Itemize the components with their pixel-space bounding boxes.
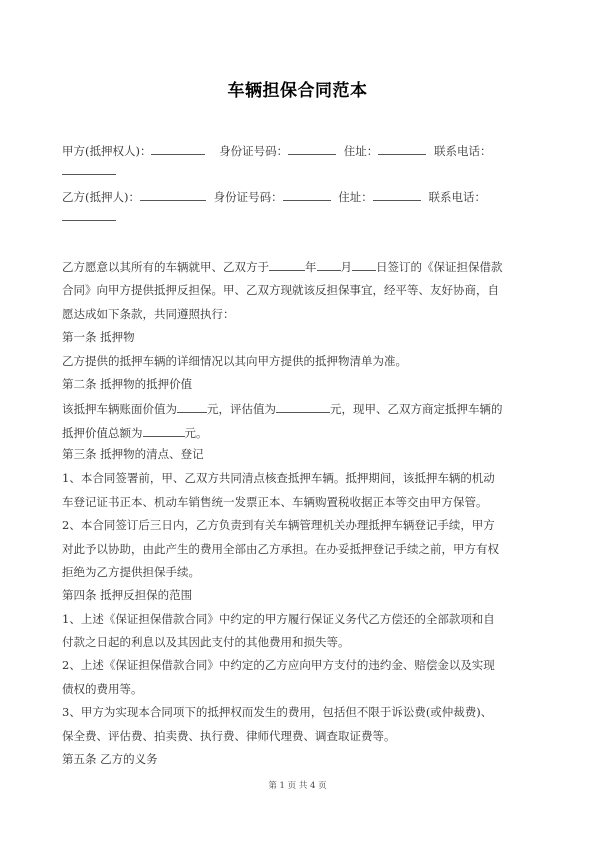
article-2-line-2: 抵押价值总额为元。 xyxy=(62,424,208,441)
party-b-address-blank xyxy=(373,188,421,201)
yuan-label: 元。 xyxy=(185,426,208,440)
party-b-label: 乙方(抵押人)： xyxy=(62,190,140,204)
article-5-title: 第五条 乙方的义务 xyxy=(62,751,158,767)
appraised-value-blank xyxy=(276,400,330,413)
agreed-value-text: 元，现甲、乙双方商定抵押车辆的 xyxy=(330,402,503,416)
month-label: 月 xyxy=(341,260,353,274)
day-blank xyxy=(352,258,376,271)
party-b-phone-label: 联系电话： xyxy=(428,190,486,204)
intro-line-3: 愿达成如下条款，共同遵照执行： xyxy=(62,306,235,322)
party-a-label: 甲方(抵押权人)： xyxy=(62,144,151,158)
party-a-phone-label: 联系电话： xyxy=(434,144,492,158)
party-b-id-blank xyxy=(283,188,331,201)
month-blank xyxy=(317,258,341,271)
party-a-name-blank xyxy=(151,142,205,155)
party-b-name-blank xyxy=(140,188,206,201)
party-b-phone-line xyxy=(62,208,116,225)
year-blank xyxy=(269,258,305,271)
party-a-address-label: 住址： xyxy=(344,144,379,158)
party-b-line: 乙方(抵押人)： 身份证号码： 住址： 联系电话： xyxy=(62,188,486,205)
article-1-line-1: 乙方提供的抵押车辆的详细情况以其向甲方提供的抵押物清单为准。 xyxy=(62,353,407,369)
article-3-line-5: 拒绝为乙方提供担保手续。 xyxy=(62,564,200,580)
party-a-address-blank xyxy=(378,142,426,155)
book-value-blank xyxy=(177,400,207,413)
article-4-line-2: 付款之日起的利息以及其因此支付的其他费用和损失等。 xyxy=(62,634,350,650)
intro-line-2: 合同》向甲方提供抵押反担保。甲、乙双方现就该反担保事宜，经平等、友好协商，自 xyxy=(62,282,499,298)
article-4-line-5: 3、甲方为实现本合同项下的抵押权而发生的费用，包括但不限于诉讼费(或仲裁费)、 xyxy=(62,704,492,720)
party-a-phone-blank xyxy=(62,162,116,175)
party-a-line: 甲方(抵押权人)： 身份证号码： 住址： 联系电话： xyxy=(62,142,491,159)
party-b-address-label: 住址： xyxy=(338,190,373,204)
party-a-phone-line xyxy=(62,162,116,179)
article-3-line-1: 1、本合同签署前，甲、乙双方共同清点核查抵押车辆。抵押期间，该抵押车辆的机动 xyxy=(62,470,495,486)
article-4-line-1: 1、上述《保证担保借款合同》中约定的甲方履行保证义务代乙方偿还的全部款项和自 xyxy=(62,611,495,627)
appraised-value-label: 元，评估值为 xyxy=(207,402,276,416)
article-3-line-3: 2、本合同签订后三日内，乙方负责到有关车辆管理机关办理抵押车辆登记手续，甲方 xyxy=(62,517,495,533)
document-page: 车辆担保合同范本 甲方(抵押权人)： 身份证号码： 住址： 联系电话： 乙方(抵… xyxy=(0,0,595,841)
article-4-line-3: 2、上述《保证担保借款合同》中约定的乙方应向甲方支付的违约金、赔偿金以及实现 xyxy=(62,657,495,673)
article-2-title: 第二条 抵押物的抵押价值 xyxy=(62,376,192,392)
intro-line-1: 乙方愿意以其所有的车辆就甲、乙双方于年月日签订的《保证担保借款 xyxy=(62,258,503,275)
intro-text-2: 日签订的《保证担保借款 xyxy=(376,260,503,274)
book-value-label: 该抵押车辆账面价值为 xyxy=(62,402,177,416)
article-3-line-2: 车登记证书正本、机动车销售统一发票正本、车辆购置税收据正本等交由甲方保管。 xyxy=(62,494,488,510)
article-2-line-1: 该抵押车辆账面价值为元，评估值为元，现甲、乙双方商定抵押车辆的 xyxy=(62,400,503,417)
party-b-phone-blank xyxy=(62,208,116,221)
page-number-footer: 第 1 页 共 4 页 xyxy=(0,779,595,791)
article-4-line-6: 保全费、评估费、拍卖费、执行费、律师代理费、调查取证费等。 xyxy=(62,728,396,744)
article-1-title: 第一条 抵押物 xyxy=(62,329,135,345)
total-value-blank xyxy=(143,424,185,437)
total-value-label: 抵押价值总额为 xyxy=(62,426,143,440)
party-a-id-blank xyxy=(288,142,336,155)
intro-text: 乙方愿意以其所有的车辆就甲、乙双方于 xyxy=(62,260,269,274)
article-3-line-4: 对此予以协助，由此产生的费用全部由乙方承担。在办妥抵押登记手续之前，甲方有权 xyxy=(62,541,499,557)
party-b-id-label: 身份证号码： xyxy=(214,190,283,204)
year-label: 年 xyxy=(305,260,317,274)
article-3-title: 第三条 抵押物的清点、登记 xyxy=(62,446,204,462)
article-4-line-4: 债权的费用等。 xyxy=(62,681,143,697)
article-4-title: 第四条 抵押反担保的范围 xyxy=(62,587,192,603)
document-title: 车辆担保合同范本 xyxy=(0,76,595,101)
party-a-id-label: 身份证号码： xyxy=(219,144,288,158)
